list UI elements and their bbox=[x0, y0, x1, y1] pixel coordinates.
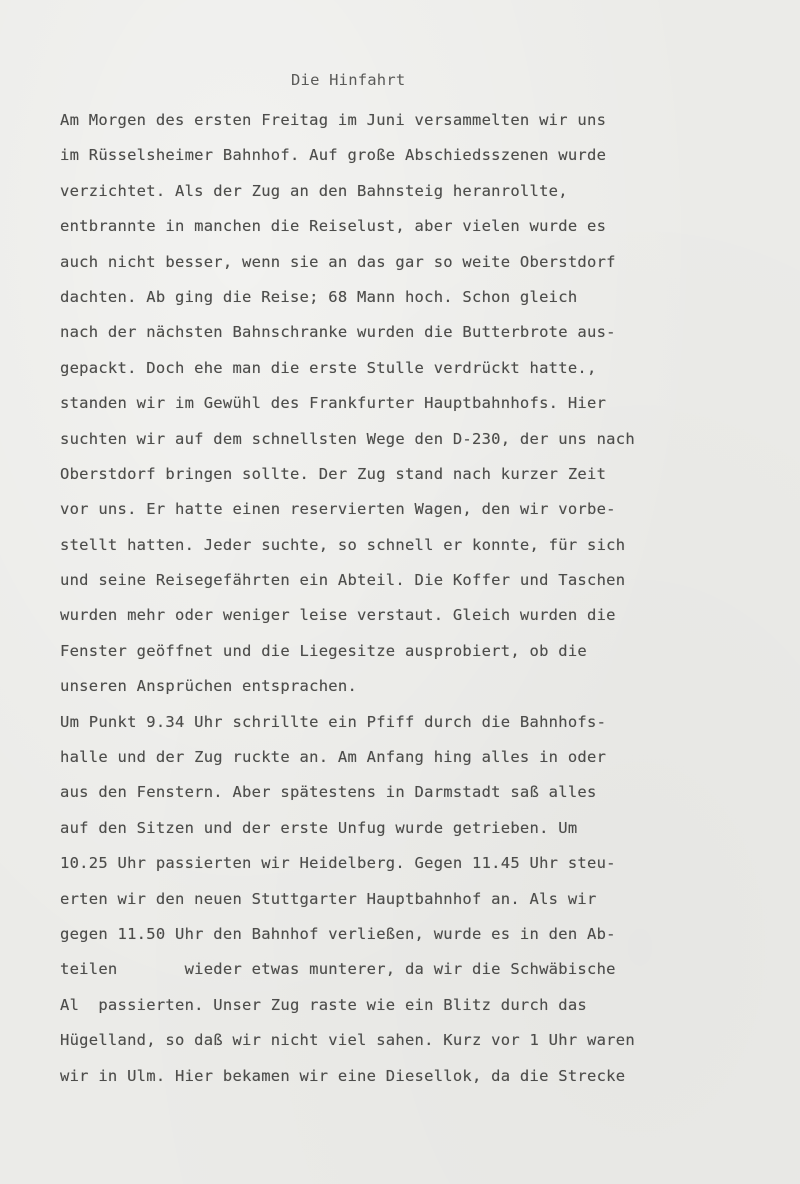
text-line: 10.25 Uhr passierten wir Heidelberg. Geg… bbox=[60, 846, 780, 881]
text-line: aus den Fenstern. Aber spätestens in Dar… bbox=[60, 775, 780, 810]
text-line: teilen wieder etwas munterer, da wir die… bbox=[60, 952, 780, 987]
text-line: Oberstdorf bringen sollte. Der Zug stand… bbox=[60, 457, 780, 492]
text-line: verzichtet. Als der Zug an den Bahnsteig… bbox=[60, 174, 780, 209]
text-line: auch nicht besser, wenn sie an das gar s… bbox=[60, 245, 780, 280]
text-line: Fenster geöffnet und die Liegesitze ausp… bbox=[60, 634, 780, 669]
text-line: gepackt. Doch ehe man die erste Stulle v… bbox=[60, 351, 780, 386]
text-line: Am Morgen des ersten Freitag im Juni ver… bbox=[60, 103, 780, 138]
text-line: stellt hatten. Jeder suchte, so schnell … bbox=[60, 528, 780, 563]
text-line: entbrannte in manchen die Reiselust, abe… bbox=[60, 209, 780, 244]
text-line: nach der nächsten Bahnschranke wurden di… bbox=[60, 315, 780, 350]
text-line: unseren Ansprüchen entsprachen. bbox=[60, 669, 780, 704]
document-title: Die Hinfahrt bbox=[291, 71, 405, 89]
text-line: erten wir den neuen Stuttgarter Hauptbah… bbox=[60, 882, 780, 917]
text-line: suchten wir auf dem schnellsten Wege den… bbox=[60, 422, 780, 457]
text-line: gegen 11.50 Uhr den Bahnhof verließen, w… bbox=[60, 917, 780, 952]
text-line: halle und der Zug ruckte an. Am Anfang h… bbox=[60, 740, 780, 775]
text-line: auf den Sitzen und der erste Unfug wurde… bbox=[60, 811, 780, 846]
text-line: vor uns. Er hatte einen reservierten Wag… bbox=[60, 492, 780, 527]
text-line: Hügelland, so daß wir nicht viel sahen. … bbox=[60, 1023, 780, 1058]
text-line: im Rüsselsheimer Bahnhof. Auf große Absc… bbox=[60, 138, 780, 173]
text-line: und seine Reisegefährten ein Abteil. Die… bbox=[60, 563, 780, 598]
text-line: standen wir im Gewühl des Frankfurter Ha… bbox=[60, 386, 780, 421]
text-line: Al passierten. Unser Zug raste wie ein B… bbox=[60, 988, 780, 1023]
text-line: Um Punkt 9.34 Uhr schrillte ein Pfiff du… bbox=[60, 705, 780, 740]
text-line: wir in Ulm. Hier bekamen wir eine Diesel… bbox=[60, 1059, 780, 1094]
document-body: Am Morgen des ersten Freitag im Juni ver… bbox=[60, 103, 780, 1094]
text-line: wurden mehr oder weniger leise verstaut.… bbox=[60, 598, 780, 633]
text-line: dachten. Ab ging die Reise; 68 Mann hoch… bbox=[60, 280, 780, 315]
typewritten-page: Die Hinfahrt Am Morgen des ersten Freita… bbox=[0, 0, 800, 1184]
